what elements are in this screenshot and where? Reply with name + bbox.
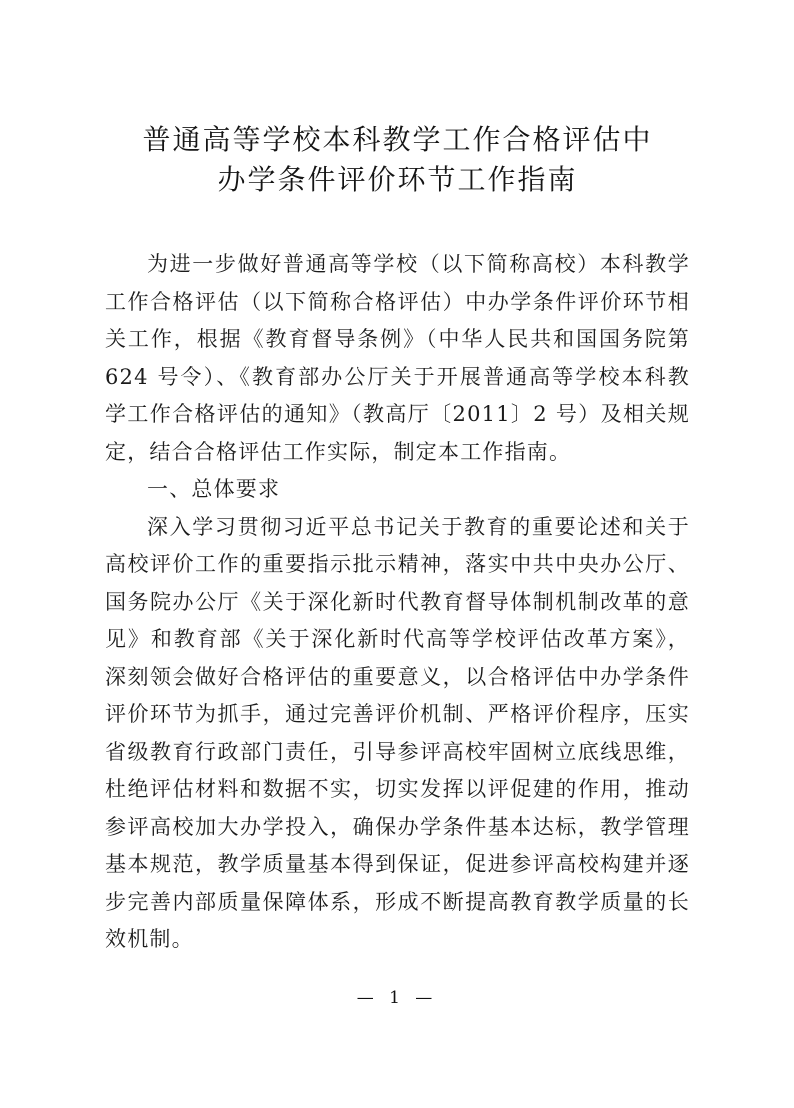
document-page: 普通高等学校本科教学工作合格评估中 办学条件评价环节工作指南 为进一步做好普通高…: [0, 0, 794, 1108]
document-title: 普通高等学校本科教学工作合格评估中 办学条件评价环节工作指南: [105, 120, 690, 200]
document-content: 普通高等学校本科教学工作合格评估中 办学条件评价环节工作指南 为进一步做好普通高…: [0, 0, 794, 959]
document-title-line-1: 普通高等学校本科教学工作合格评估中: [105, 120, 690, 160]
document-title-line-2: 办学条件评价环节工作指南: [105, 160, 690, 200]
section-1-paragraph: 深入学习贯彻习近平总书记关于教育的重要论述和关于高校评价工作的重要指示批示精神，…: [105, 509, 690, 959]
section-1-heading: 一、总体要求: [105, 471, 690, 509]
intro-paragraph: 为进一步做好普通高等学校（以下简称高校）本科教学工作合格评估（以下简称合格评估）…: [105, 246, 690, 471]
page-number: — 1 —: [0, 988, 794, 1008]
document-body: 为进一步做好普通高等学校（以下简称高校）本科教学工作合格评估（以下简称合格评估）…: [105, 246, 690, 959]
